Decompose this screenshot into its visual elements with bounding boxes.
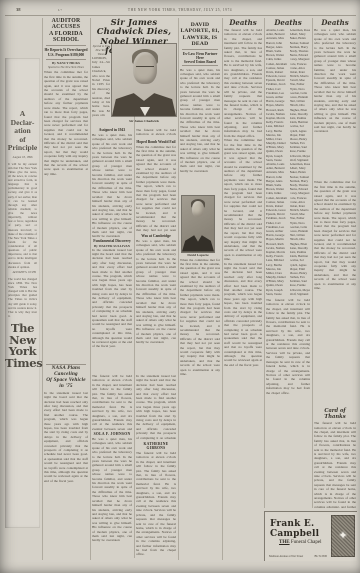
ad-date: August 18, 1896: [5, 155, 40, 159]
death-notices-text: In the statement issued last night the b…: [224, 262, 262, 560]
campbell-address: Madison Avenue at 81st Street: [269, 555, 303, 558]
star-icon: ✦: [338, 531, 347, 542]
body-text: The funeral will be held tomorrow at ele…: [136, 451, 176, 558]
photo-face: [192, 201, 204, 217]
headline: Sir James Chadwick Dies,: [92, 18, 176, 37]
subhead: Hoped Bomb Would Fail: [136, 140, 176, 144]
subhead: He Reports It Overcharged: [44, 48, 88, 52]
photo-glasses: [136, 66, 154, 67]
death-notice-name-index: Abrams, LouisAckerman, RoseAdler, Bernar…: [266, 28, 310, 296]
death-notice-name: Stern, Tessie: [266, 292, 287, 296]
chadwick-text-right: The funeral will be held tomorrow at ele…: [136, 128, 176, 372]
body-text: In the statement issued last night the b…: [92, 248, 132, 373]
article-laporte-obituary: DAVID LAPORTE, 81, LAWYER, IS DEAD Ex-La…: [180, 22, 220, 560]
rule: [182, 65, 218, 66]
death-notices-text: The funeral will be held tomorrow at ele…: [266, 298, 310, 508]
house-ad-declaration: A Declar- ation of Principle August 18, …: [5, 58, 40, 528]
dateline-credit: Special to The New York Times: [92, 44, 110, 56]
body-text: When the committee met for the first tim…: [136, 145, 176, 233]
death-notice-name: Wolf, Sigmund: [290, 292, 311, 296]
headline: LAWYER, IS DEAD: [180, 35, 220, 48]
body-text: In the statement issued last night the b…: [44, 391, 88, 560]
chadwick-photo: [112, 44, 176, 116]
subhead: Was at Cambridge: [136, 234, 176, 238]
campbell-funeral-ad: Frank E. Campbell THE Funeral Chapel Mad…: [264, 511, 357, 561]
card-of-thanks-header: Card of Thanks: [314, 408, 356, 420]
running-head: THE NEW YORK TIMES, THURSDAY, JULY 25, 1…: [0, 8, 360, 12]
small-obits-left: The funeral will be held tomorrow at ele…: [92, 374, 132, 558]
chadwick-lead-column: Special to The New York Times LONDON, Ju…: [92, 44, 110, 126]
deaths-section-header: Deaths: [224, 18, 262, 27]
headline: AUDITOR ACCUSES: [44, 18, 88, 31]
newspaper-page: 38 L+ THE NEW YORK TIMES, THURSDAY, JULY…: [0, 0, 360, 573]
campbell-ornament: ✦: [331, 515, 355, 557]
campbell-tagline-the: THE: [279, 540, 290, 545]
death-notices-text: The funeral will be held tomorrow at ele…: [224, 28, 262, 138]
column-rule: [312, 18, 313, 508]
column-rule: [222, 18, 223, 560]
subhead: Ex-Law Firm Partner Here: [180, 52, 220, 60]
subhead: Served Union Board: [180, 60, 220, 64]
small-obits-right: In the statement issued last night the b…: [136, 374, 176, 558]
body-text: The funeral will be held tomorrow at ele…: [92, 374, 132, 430]
campbell-phone: BU 8-3500: [314, 555, 327, 558]
body-text: When the committee met for the first tim…: [44, 70, 88, 362]
article-auditor-accuses: AUDITOR ACCUSES A FLORIDA SCHOOL He Repo…: [44, 18, 88, 560]
column-rule: [264, 18, 265, 508]
subhead: Assigned in 1943: [92, 128, 132, 132]
headline: A FLORIDA SCHOOL: [44, 31, 88, 44]
campbell-contact-line: Madison Avenue at 81st Street BU 8-3500: [269, 555, 327, 558]
chadwick-photo-caption: Sir James Chadwick: [112, 119, 176, 123]
death-notices-text: When the committee met for the first tim…: [224, 138, 262, 261]
rule: [46, 45, 86, 46]
body-text: The funeral will be held tomorrow at ele…: [136, 128, 176, 138]
masthead-rule: [5, 15, 356, 16]
column-rule: [178, 18, 179, 560]
laporte-photo-caption: David Laporte: [182, 253, 214, 257]
subhead: U.S. Program $180,000: [44, 53, 88, 57]
ad-body-text: The world has changed since 1896. The Ne…: [8, 277, 37, 318]
death-notices-text: When the committee met for the first tim…: [314, 180, 356, 406]
spacer: [5, 58, 40, 110]
nyt-logo: The New York Times: [5, 323, 40, 370]
nyt-logo-line: Times: [5, 358, 40, 370]
photo-collar: [140, 107, 150, 116]
deaths-column-1: Deaths The funeral will be held tomorrow…: [224, 18, 262, 560]
ad-signature: ADOLPH S. OCHS: [9, 270, 36, 274]
ad-title-line: Principle: [5, 144, 40, 153]
headline-secondary: Of Space Vehicle in '75: [44, 378, 88, 390]
byline-credit: Special to The New York Times: [44, 65, 88, 69]
deaths-column-3: Deaths He was a quiet man, his colleague…: [314, 18, 356, 508]
column-rule: [90, 18, 91, 560]
nyt-logo-line: New York: [5, 335, 40, 358]
body-text: When the committee met for the first tim…: [180, 258, 220, 561]
laporte-photo: [182, 196, 214, 252]
rule: [46, 59, 86, 60]
ad-body-text: It will be my earnest aim that The New Y…: [8, 162, 37, 269]
rule: [182, 49, 218, 50]
body-text: He was a quiet man, his colleagues said,…: [92, 133, 132, 237]
deaths-section-header: Deaths: [314, 18, 356, 27]
deaths-section-header: Deaths: [266, 18, 310, 27]
photo-face: [133, 52, 157, 84]
body-text: LONDON, July 24—Sir James Chadwick, who …: [92, 56, 110, 126]
body-text: He was a quiet man, his colleagues said,…: [180, 68, 220, 196]
card-of-thanks-text: The funeral will be held tomorrow at ele…: [314, 421, 356, 508]
chadwick-text-left: Assigned in 1943 He was a quiet man, his…: [92, 128, 132, 372]
column-rule: [42, 18, 43, 560]
body-text: He was a quiet man, his colleagues said,…: [136, 239, 176, 372]
subhead: Fundamental Discovery: [92, 239, 132, 243]
deaths-column-2: Deaths Abrams, LouisAckerman, RoseAdler,…: [266, 18, 310, 508]
death-notices-text: He was a quiet man, his colleagues said,…: [314, 28, 356, 180]
photo-suit: [182, 234, 214, 252]
body-text: In the statement issued last night the b…: [136, 374, 176, 440]
obit-name-header: KATHERINE GIBBONS: [136, 442, 176, 450]
headline: DAVID LAPORTE, 81,: [180, 22, 220, 35]
campbell-tagline-rest: Funeral Chapel: [291, 540, 322, 545]
body-text: He was a quiet man, his colleagues said,…: [92, 437, 132, 558]
obit-name-header: SOLA F. JOHNSON: [92, 432, 132, 436]
